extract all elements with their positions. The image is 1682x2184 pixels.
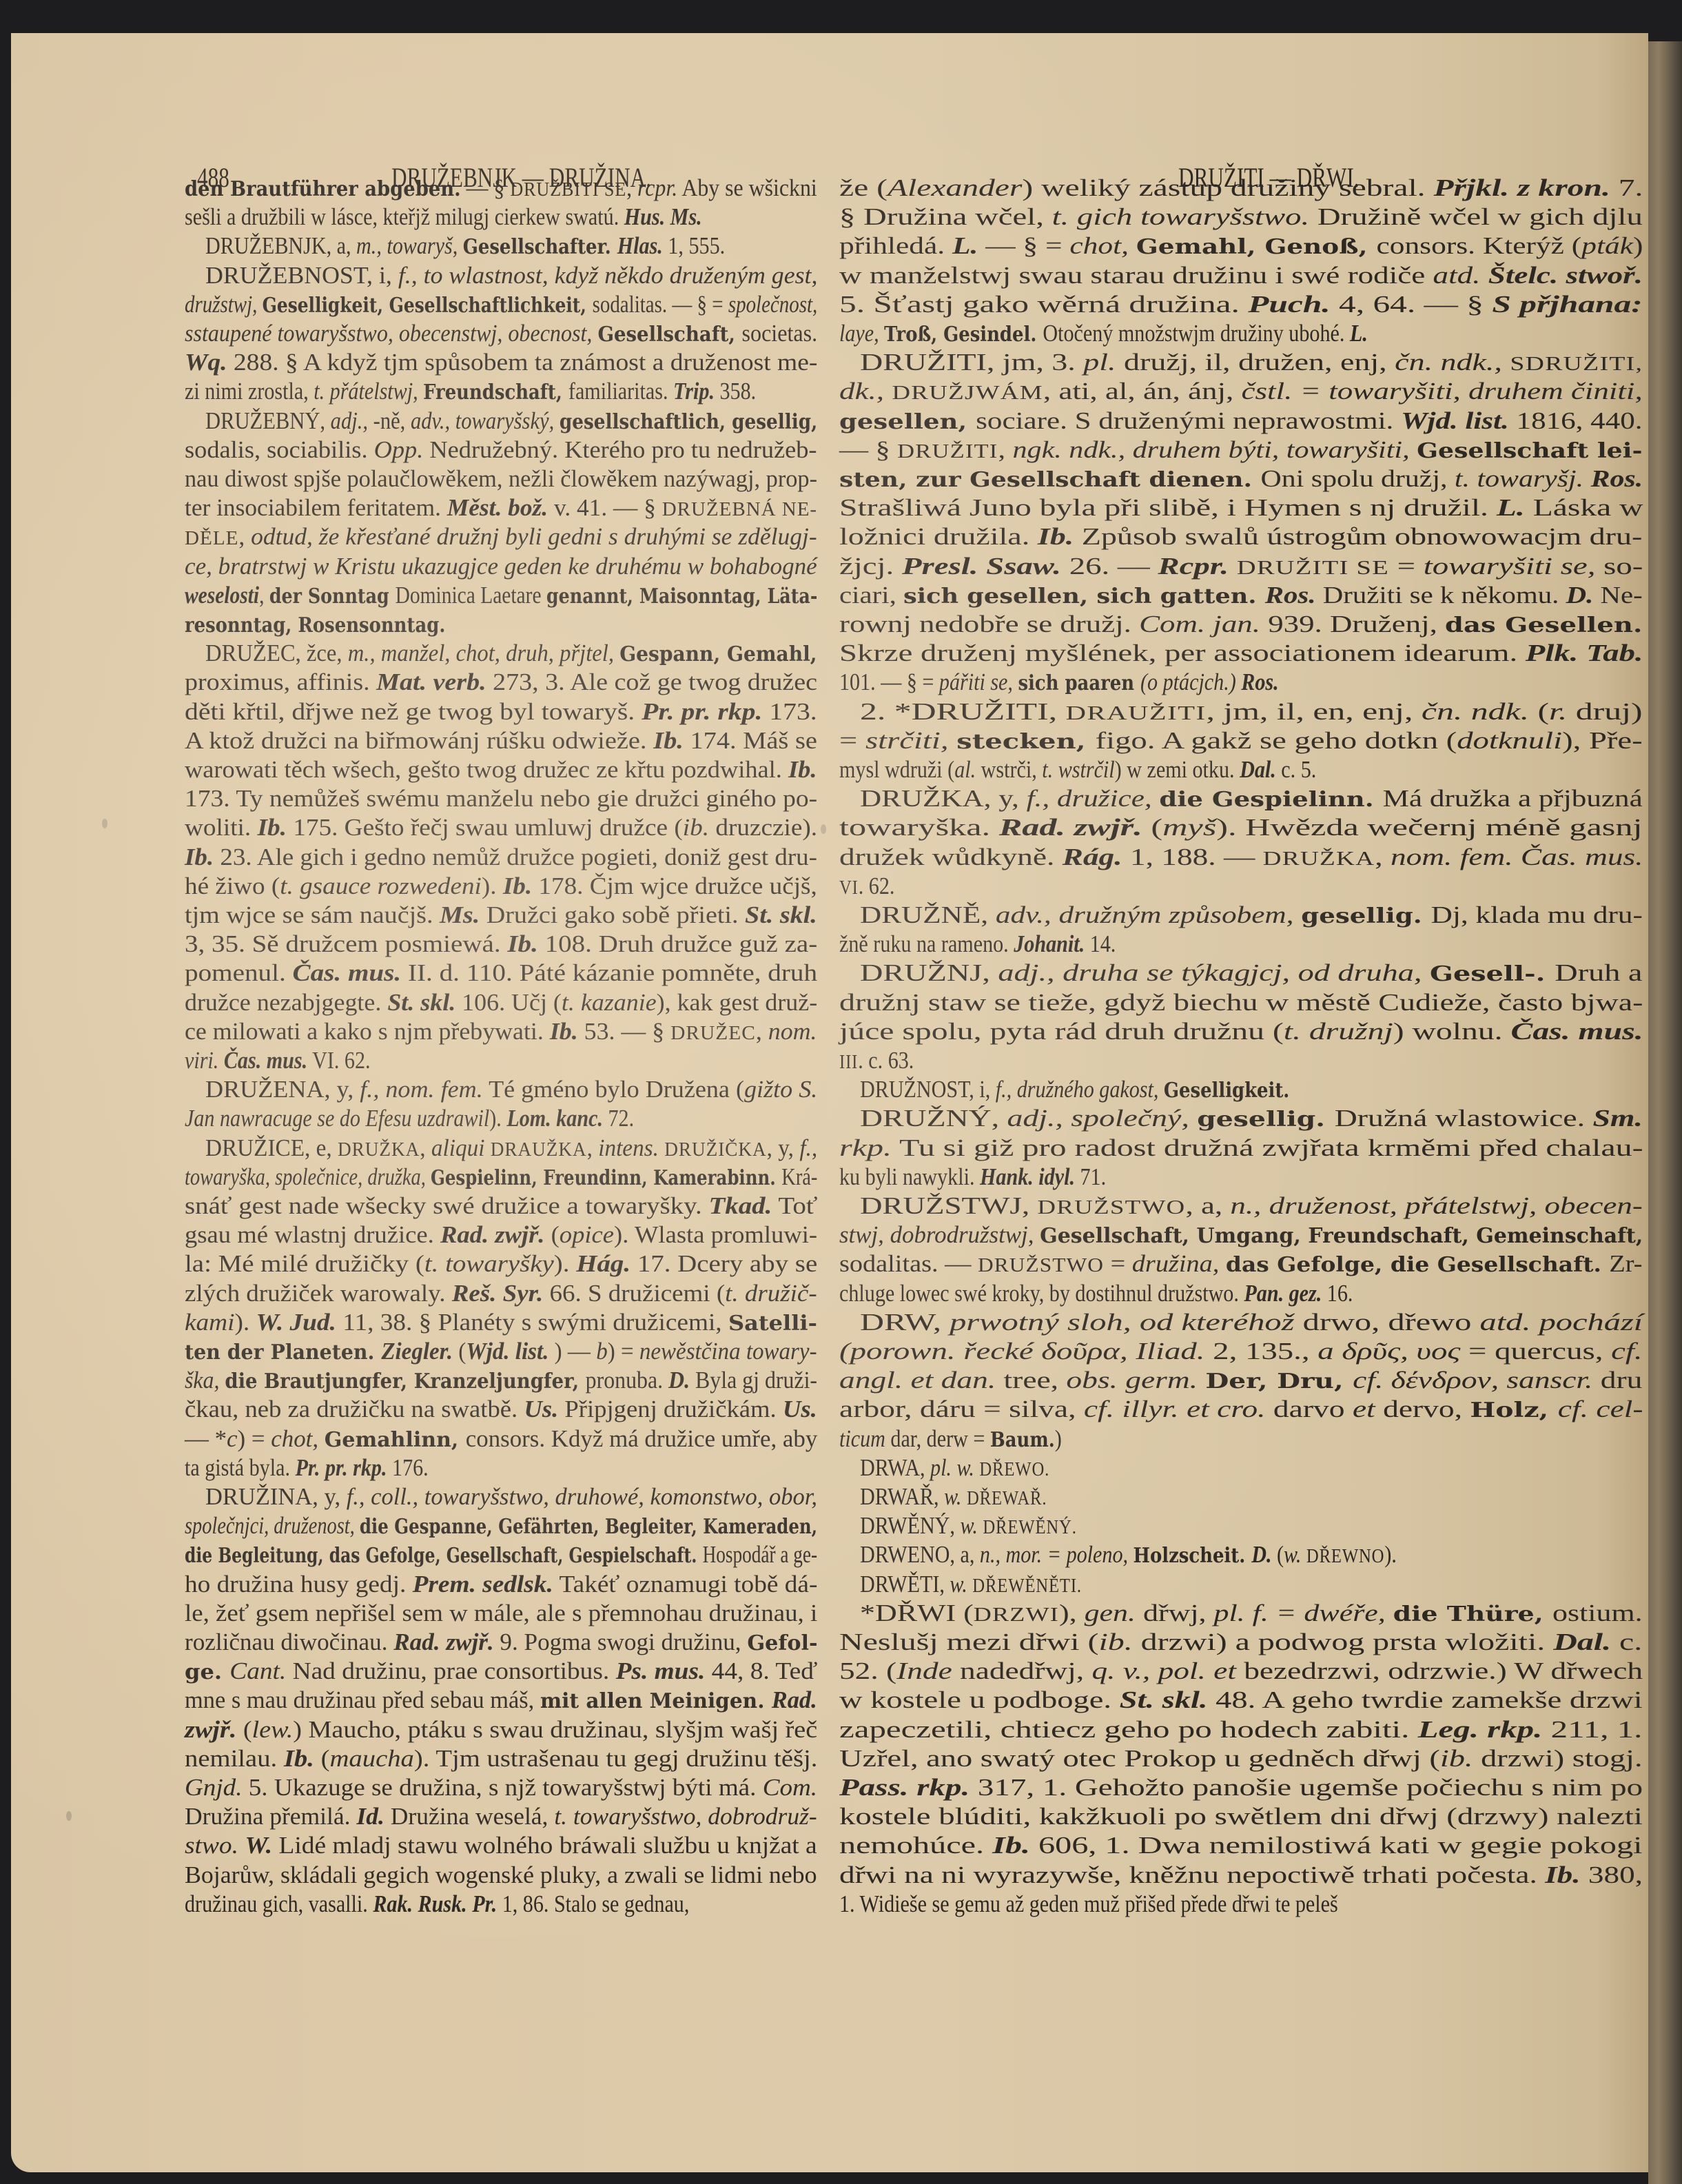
text-run: Ib.: [1545, 1861, 1580, 1888]
text-run: dotknuli: [1457, 727, 1562, 754]
text-run: 273, 3. Ale což ge twog družec: [486, 669, 817, 695]
text-run: Hank. idyl.: [980, 1163, 1075, 1190]
text-run: figo. A gakž se geho dotkn (: [1096, 727, 1457, 754]
dictionary-line: tjm wjce se sám naučjš. Ms. Družci gako …: [185, 901, 817, 930]
text-run: Družina weselá,: [384, 1803, 554, 1830]
text-run: dk.,: [839, 378, 892, 405]
dictionary-line: laye, Troß, Gesindel. Otočený množstwjm …: [839, 319, 1368, 348]
text-run: 14.: [1085, 930, 1116, 957]
text-run: t. towaryšj.: [1455, 465, 1591, 492]
text-run: (: [1271, 1541, 1284, 1568]
dictionary-entry-headline: DRUŽITI, jm, 3. pl. družj, il, družen, e…: [860, 348, 1643, 377]
dictionary-entry-headline: DRUŽEBNÝ, adj., -ně, adv., towaryšský, g…: [205, 407, 817, 436]
text-run: ib.: [1098, 1629, 1132, 1655]
text-run: = quercus,: [1460, 1338, 1611, 1365]
text-run: die Thüre,: [1393, 1602, 1552, 1626]
text-run: Mat. verb.: [376, 669, 486, 695]
text-run: Gemahlinn,: [325, 1428, 466, 1452]
text-run: ): [1633, 232, 1643, 259]
text-run: Hág.: [576, 1250, 630, 1277]
text-run: 48. A geho twrdie zamekše drzwi: [1208, 1686, 1643, 1713]
text-run: newěstčina towary-: [639, 1338, 817, 1365]
text-run: viri.: [185, 1047, 224, 1074]
book-page: 488 DRUŽEBNJK — DRUŽINA. DRUŽITI — DŘWI.…: [11, 33, 1648, 2172]
paper-speck: [102, 819, 107, 828]
text-run: cf. cel-: [1558, 1396, 1643, 1422]
dictionary-line: ce, bratrstwj w Kristu ukazugjce geden k…: [185, 552, 817, 581]
text-run: ložnici družila.: [839, 523, 1038, 550]
text-run: DRWA,: [860, 1454, 930, 1481]
text-run: nemilau.: [185, 1745, 284, 1772]
text-run: Aby se wšickni: [677, 174, 817, 201]
text-run: stwj, dobrodružstwj,: [839, 1221, 1040, 1248]
text-run: Družci gako sobě přieti.: [480, 901, 745, 928]
text-run: St. skl.: [745, 901, 817, 928]
text-run: prwotný sloh, od kteréhož: [950, 1309, 1294, 1336]
text-run: ge.: [185, 1660, 229, 1684]
dictionary-line: woliti. Ib. 175. Gešto řečj swau umluwj …: [185, 813, 817, 842]
text-run: adj.,: [331, 407, 373, 434]
text-run: L.: [952, 232, 978, 259]
dictionary-line: čkau, neb za družičku na swatbě. Us. Při…: [185, 1395, 817, 1424]
text-run: warowati těch wšech, gešto twog družec z…: [185, 756, 788, 783]
dictionary-line: le, žeť gsem nepřišel sem w mále, ale s …: [185, 1599, 817, 1628]
dictionary-line: Uzřel, ano swatý otec Prokop u gedněch d…: [839, 1744, 1643, 1773]
text-run: 178. Čjm wjce družce učjš,: [532, 872, 817, 899]
dictionary-line: zwjř. (lew.) Maucho, ptáku s swau družin…: [185, 1715, 817, 1744]
text-run: Sm.: [1592, 1105, 1642, 1132]
text-run: DRUŽBITI SE: [510, 178, 626, 201]
dictionary-line: w kostele u podboge. St. skl. 48. A geho…: [839, 1686, 1643, 1715]
text-run: gesellschaftlich, gesellig,: [560, 410, 817, 434]
text-run: odtud, že křesťané družnj byli gedni s d…: [251, 523, 817, 550]
text-run: ).: [489, 1105, 506, 1132]
text-run: Ib.: [653, 727, 684, 754]
text-run: a δρῦς, υος: [1317, 1338, 1460, 1365]
dictionary-line: VI. 62.: [839, 872, 894, 901]
text-run: v. 41. — §: [548, 494, 662, 521]
text-run: ,: [998, 436, 1012, 463]
dictionary-entry-headline: DRUŽKA, y, f., družice, die Gespielinn. …: [860, 784, 1643, 813]
text-run: Rcpr.: [1158, 553, 1229, 580]
text-run: die Gespielinn.: [1159, 788, 1382, 812]
text-run: zlých družiček warowaly.: [185, 1280, 452, 1307]
dictionary-line: Skrze druženj myšlének, per associatione…: [839, 639, 1643, 668]
dictionary-line: zi nimi zrostla, t. přátelstwj, Freundsc…: [185, 377, 756, 406]
text-run: Trip.: [673, 378, 715, 405]
text-run: Ib.: [507, 930, 537, 957]
text-run: Nedružebný. Kterého pro tu nedružeb-: [423, 436, 817, 463]
dictionary-entry-headline: DRUŽNJ, adj., druha se týkagjcj, od druh…: [860, 959, 1642, 988]
text-run: DRUŽIČKA: [664, 1139, 766, 1161]
text-run: f., družice,: [1027, 785, 1160, 812]
text-run: Hospodář a ge-: [703, 1541, 817, 1568]
text-run: družce nezabjgegte.: [185, 989, 387, 1016]
dictionary-line: družstwj, Geselligkeit, Gesellschaftlich…: [185, 290, 817, 319]
text-run: 11, 38. § Planéty s swými družicemi,: [336, 1309, 728, 1336]
dictionary-line: nemohúce. Ib. 606, 1. Dwa nemilostiwá ka…: [839, 1831, 1643, 1860]
text-run: mit allen Meinigen.: [540, 1689, 772, 1713]
text-run: L.: [1497, 494, 1525, 521]
text-run: 2, 135.,: [1204, 1338, 1317, 1365]
text-run: laye,: [839, 320, 884, 347]
text-run: genannt, Maisonntag, Läta-: [546, 584, 817, 609]
dictionary-entry-headline: DRUŽICE, e, DRUŽKA, aliqui DRAUŽKA, inte…: [205, 1134, 817, 1163]
text-run: dřwi na ni wyrazywše, kněžnu nepoctiwě t…: [839, 1861, 1545, 1888]
text-run: den Brautführer abgeben.: [185, 177, 461, 201]
text-run: resonntag, Rosensonntag.: [185, 613, 445, 637]
text-run: t. kazanie: [562, 989, 657, 1016]
text-run: cf. δένδρον, sanscr.: [1353, 1367, 1592, 1394]
text-run: (porown. řecké δοῦρα, Iliad.: [839, 1338, 1204, 1365]
dictionary-line: Pass. rkp. 317, 1. Gehožto panošie ugemš…: [839, 1773, 1643, 1802]
text-run: towaryška.: [839, 814, 999, 841]
dictionary-line: Jan nawracuge se do Efesu uzdrawil). Lom…: [185, 1104, 634, 1133]
text-run: w.: [1284, 1541, 1306, 1568]
dictionary-entry-headline: DRWĚNÝ, w. DŘEWĚNÝ.: [860, 1511, 1077, 1540]
text-run: Gespielinn, Freundinn, Kamerabinn.: [431, 1166, 781, 1190]
text-run: sich paaren: [1018, 671, 1140, 695]
text-run: DRWĚNÝ,: [860, 1512, 960, 1539]
text-run: al.: [954, 756, 976, 783]
text-run: proximus, affinis.: [185, 669, 376, 695]
text-run: ).: [234, 1309, 256, 1336]
text-run: 173. Ty nemůžeš swému manželu nebo gie d…: [185, 785, 817, 812]
text-run: 1, 555.: [663, 232, 725, 259]
text-run: ) weliký zástup družiny sebral.: [1022, 174, 1433, 201]
text-run: arbor, dáru = silva,: [839, 1396, 1084, 1422]
dictionary-line: júce spolu, pyta rád druh družnu (t. dru…: [839, 1017, 1643, 1046]
text-run: Rak. Rusk. Pr.: [373, 1890, 497, 1917]
text-run: ho družina husy gedj.: [185, 1571, 413, 1598]
text-run: Dominica Laetare: [396, 582, 546, 609]
text-run: (: [1142, 814, 1162, 841]
text-run: společnjci, druženost,: [185, 1512, 360, 1539]
text-run: t. gich towaryšstwo.: [1052, 203, 1310, 230]
text-run: ter insociabilem feritatem.: [185, 494, 447, 521]
dictionary-entry-headline: DRUŽENA, y, f., nom. fem. Té gméno bylo …: [205, 1075, 817, 1104]
text-run: D.: [1566, 582, 1594, 609]
text-run: cf.: [1611, 1338, 1642, 1365]
text-run: DRUŽNĚ,: [860, 901, 996, 928]
text-run: r.: [1549, 698, 1567, 725]
text-run: gesellig.: [1301, 904, 1430, 928]
text-run: f., coll., towaryšstwo, druhowé, komonst…: [347, 1483, 817, 1510]
text-run: -ně,: [373, 407, 411, 434]
text-run: Rad. zwjř.: [440, 1221, 545, 1248]
text-run: Gesellschaft, Umgang, Freundschaft, Geme…: [1040, 1224, 1643, 1248]
text-run: sstaupené towaryšstwo, obecenstwj, obecn…: [185, 320, 597, 347]
dictionary-entry-headline: DRUŽEBNJK, a, m., towaryš, Gesellschafte…: [205, 232, 725, 261]
dictionary-line: die Begleitung, das Gefolge, Gesellschaf…: [185, 1540, 817, 1569]
text-run: ,: [259, 582, 269, 609]
text-run: Hlas.: [617, 232, 663, 259]
text-run: ), Pře-: [1562, 727, 1643, 754]
text-run: 106. Učj (: [455, 989, 562, 1016]
dictionary-line: družnj staw se tieže, gdyž biechu w měst…: [839, 988, 1643, 1017]
text-run: 317, 1. Gehožto panošie ugemše počiechu …: [970, 1774, 1643, 1801]
dictionary-line: 52. (Inde nadedřwj, q. v., pol. et bezed…: [839, 1657, 1643, 1686]
text-run: ška,: [185, 1367, 225, 1394]
text-run: =: [839, 727, 865, 754]
dictionary-line: sodalis, sociabilis. Opp. Nedružebný. Kt…: [185, 436, 817, 465]
text-run: III: [839, 1051, 858, 1073]
text-run: zi nimi zrostla,: [185, 378, 314, 405]
text-run: Ib.: [503, 872, 532, 899]
text-run: Id.: [356, 1803, 384, 1830]
text-run: 1, 86. Stalo se gednau,: [497, 1890, 689, 1917]
dictionary-line: hé žiwo (t. gsauce rozwedeni). Ib. 178. …: [185, 872, 817, 901]
text-run: snáť gest nade wšecky swé družice a towa…: [185, 1192, 708, 1219]
text-run: die Brautjungfer, Kranzeljungfer,: [225, 1369, 585, 1394]
dictionary-line: sešli a družbili w lásce, kteřjž milugj …: [185, 203, 702, 232]
text-run: A ktož družci na biřmowánj rúšku odwieže…: [185, 727, 653, 754]
dictionary-line: — § DRUŽITI, ngk. ndk., druhem býti, tow…: [839, 436, 1642, 465]
text-run: družj, il, družen, enj,: [1116, 349, 1395, 376]
dictionary-line: ho družina husy gedj. Prem. sedlsk. Také…: [185, 1570, 817, 1599]
dictionary-line: kostele blúditi, kakžkuoli po swětlem dn…: [839, 1802, 1643, 1831]
text-run: w.: [960, 1512, 983, 1539]
text-run: Gemahl, Genoß,: [1136, 235, 1377, 259]
text-run: ). Wlasta promluwi-: [614, 1221, 817, 1248]
dictionary-entry-headline: DRUŽNĚ, adv., družným způsobem, gesellig…: [860, 901, 1643, 930]
dictionary-line: 5. Šťastj gako wěrná družina. Puch. 4, 6…: [839, 290, 1643, 319]
text-run: pl. w.: [930, 1454, 979, 1481]
text-run: towaryška, společnice, družka,: [185, 1163, 431, 1190]
dictionary-line: ta gistá byla. Pr. pr. rkp. 176.: [185, 1453, 429, 1482]
text-run: ) —: [548, 1338, 596, 1365]
dictionary-line: w manželstwj swau starau družinu i swé r…: [839, 261, 1643, 290]
dictionary-line: Wq. 288. § A když tjm spůsobem ta známos…: [185, 348, 817, 377]
text-run: chot,: [271, 1425, 325, 1452]
text-run: Láska w: [1525, 494, 1643, 521]
text-run: 211, 1.: [1542, 1716, 1642, 1743]
text-run: [1480, 262, 1488, 289]
text-run: společnost,: [728, 291, 817, 318]
text-run: w.: [944, 1483, 967, 1510]
text-run: sociare. S druženými neprawostmi.: [976, 407, 1401, 434]
dictionary-line: družce nezabjgegte. St. skl. 106. Učj (t…: [185, 988, 817, 1017]
dictionary-line: ge. Cant. Nad družinu, prae consortibus.…: [185, 1657, 817, 1686]
text-run: familiaritas.: [568, 378, 673, 405]
text-run: Té gméno bylo Družena (: [483, 1076, 744, 1103]
text-run: sešli a družbili w lásce, kteřjž milugj …: [185, 203, 624, 230]
text-run: Holz,: [1470, 1398, 1557, 1422]
dictionary-line: den Brautführer abgeben. — § DRUŽBITI SE…: [185, 174, 817, 203]
text-run: stwo.: [185, 1832, 245, 1859]
text-run: 2. *DRUŽITI,: [860, 698, 1066, 725]
text-run: Geselligkeit.: [1164, 1079, 1289, 1103]
text-run: Bojarůw, skládali gegich wogenské pluky,…: [185, 1861, 817, 1888]
text-run: ): [1055, 1425, 1062, 1452]
text-run: 17. Dcery aby se: [630, 1250, 817, 1277]
text-run: societas.: [742, 320, 818, 347]
text-run: [1229, 553, 1237, 580]
text-run: t. družnj: [1284, 1018, 1393, 1045]
text-run: drzwi) a podwog prsta wložiti.: [1133, 1629, 1554, 1655]
dictionary-line: že (Alexander) weliký zástup družiny seb…: [839, 174, 1643, 203]
text-run: myš: [1162, 814, 1216, 841]
dictionary-line: Gnjd. 5. Ukazuge se družina, s njž towar…: [185, 1773, 817, 1802]
text-run: sodalitas. — § =: [593, 291, 728, 318]
text-run: DŘEWĚNĚTI.: [972, 1575, 1082, 1597]
text-run: 101. — § =: [839, 669, 939, 695]
text-run: — § =: [978, 232, 1069, 259]
dictionary-line: Bojarůw, skládali gegich wogenské pluky,…: [185, 1861, 817, 1890]
text-run: ,: [587, 1134, 599, 1161]
text-run: Družině wčel w gich djlu: [1309, 203, 1643, 230]
text-run: Opp.: [374, 436, 424, 463]
text-run: die Begleitung, das Gefolge, Gesellschaf…: [185, 1544, 703, 1568]
text-run: DRUŽEBNOST, i,: [205, 262, 398, 289]
text-run: Otočený množstwjm družiny ubohé.: [1043, 320, 1350, 347]
text-run: DRUŽSTWO: [1037, 1196, 1185, 1218]
text-run: Toť: [772, 1192, 817, 1219]
text-run: W. Jud.: [256, 1309, 336, 1336]
text-run: ) =: [608, 1338, 639, 1365]
text-run: 1816, 440.: [1509, 407, 1643, 434]
text-run: nom. fem. Čas. mus.: [1391, 844, 1643, 870]
text-run: D.: [668, 1367, 690, 1394]
text-run: ,: [626, 174, 637, 201]
dictionary-line: mne s mau družinau před sebau máš, mit a…: [185, 1686, 817, 1715]
text-run: pářiti se,: [939, 669, 1018, 695]
text-run: pl.: [1083, 349, 1116, 376]
text-run: Neslušj mezi dřwi (: [839, 1629, 1098, 1655]
text-run: pomenul.: [185, 959, 293, 986]
text-run: consors. Když má družice umře, aby: [466, 1425, 817, 1452]
text-run: VI: [839, 877, 859, 899]
text-run: so-: [1595, 553, 1643, 580]
text-run: — §: [461, 174, 511, 201]
text-run: cf. illyr. et cro.: [1084, 1396, 1266, 1422]
text-run: Pass. rkp.: [839, 1774, 970, 1801]
text-run: ciari,: [839, 582, 903, 609]
text-run: 288. § A když tjm spůsobem ta známost a …: [227, 349, 818, 376]
text-run: Cant.: [229, 1657, 286, 1684]
text-run: , jm, il, en, enj,: [1206, 698, 1421, 725]
text-run: Lom. kanc.: [506, 1105, 603, 1132]
text-run: DRWAŘ,: [860, 1483, 944, 1510]
text-run: tree,: [996, 1367, 1066, 1394]
text-run: Připjgenj družičkám.: [558, 1396, 783, 1422]
page-edge-shadow: [1648, 41, 1682, 2184]
text-run: Der, Dru,: [1205, 1369, 1353, 1394]
text-run: DRUŽINA, y,: [205, 1483, 347, 1510]
text-run: Lidé mladj stawu wolného bráwali službu …: [272, 1832, 817, 1859]
text-run: (: [1529, 698, 1549, 725]
text-run: Takéť oznamugi tobě dá-: [553, 1571, 818, 1598]
text-run: f., družného gakost,: [996, 1076, 1164, 1103]
dictionary-line: Neslušj mezi dřwi (ib. drzwi) a podwog p…: [839, 1628, 1642, 1657]
text-run: Pr. pr. rkp.: [295, 1454, 387, 1481]
text-run: DRUŽNOST, i,: [860, 1076, 996, 1103]
text-run: Ziegler.: [381, 1338, 453, 1365]
text-run: Rad. zwjř.: [393, 1629, 493, 1655]
text-run: ),: [1059, 1600, 1085, 1626]
dictionary-line: Strašliwá Juno byla při slibě, i Hymen s…: [839, 493, 1643, 522]
text-run: Johanit.: [1014, 930, 1085, 957]
dictionary-line: III. c. 63.: [839, 1046, 914, 1075]
text-run: ) =: [238, 1425, 271, 1452]
dictionary-line: pomenul. Čas. mus. II. d. 110. Páté káza…: [185, 959, 817, 988]
dictionary-line: sodalitas. — DRUŽSTWO = družina, das Gef…: [839, 1249, 1643, 1278]
text-run: ). Hwězda wečernj méně gasnj: [1216, 814, 1642, 841]
dictionary-line: gesellen, sociare. S druženými neprawost…: [839, 407, 1643, 436]
text-run: 939. Druženj,: [1260, 611, 1445, 637]
dictionary-line: weselosti, der Sonntag Dominica Laetare …: [185, 581, 817, 610]
dictionary-line: Ib. 23. Ale gich i gedno nemůž družce po…: [185, 843, 817, 872]
text-run: w kostele u podboge.: [839, 1686, 1120, 1713]
dictionary-line: A ktož družci na biřmowánj rúšku odwieže…: [185, 726, 817, 755]
text-run: ta gistá byla.: [185, 1454, 295, 1481]
text-run: das Gesellen.: [1445, 613, 1642, 637]
dictionary-line: angl. et dan. tree, obs. germ. Der, Dru,…: [839, 1366, 1642, 1395]
dictionary-line: ter insociabilem feritatem. Měst. bož. v…: [185, 493, 817, 522]
text-run: ,: [756, 1018, 768, 1045]
text-run: adv., towaryšský,: [411, 407, 560, 434]
text-run: t. gsauce rozwedeni: [280, 872, 482, 899]
text-run: ).: [482, 872, 503, 899]
text-run: Troß, Gesindel.: [884, 323, 1043, 347]
text-run: přihledá.: [839, 232, 952, 259]
text-run: 52. (: [839, 1657, 896, 1684]
text-run: Gesellschaft,: [597, 323, 741, 347]
text-run: t. přátelstwj,: [314, 378, 423, 405]
text-run: ) w zemi otku.: [1115, 756, 1240, 783]
text-run: družinau gich, vasalli.: [185, 1890, 373, 1917]
text-run: strčiti,: [865, 727, 956, 754]
text-run: , a,: [1185, 1192, 1230, 1219]
text-run: DRUŽJWÁM: [892, 382, 1043, 404]
text-run: chot,: [1069, 232, 1136, 259]
text-run: Čas. mus.: [1511, 1018, 1643, 1045]
dictionary-line: rownj nedobře se družj. Com. jan. 939. D…: [839, 610, 1642, 639]
text-run: Com. jan.: [1139, 611, 1260, 637]
dictionary-line: towaryška, společnice, družka, Gespielin…: [185, 1163, 817, 1192]
text-run: ce milowati a kako s njm přebywati.: [185, 1018, 550, 1045]
text-run: 108. Druh družce guž za-: [538, 930, 817, 957]
text-run: adj., druha se týkagjcj, od druha,: [998, 959, 1430, 986]
dictionary-line: resonntag, Rosensonntag.: [185, 610, 445, 639]
text-run: (: [314, 1745, 330, 1772]
dictionary-line: snáť gest nade wšecky swé družice a towa…: [185, 1192, 817, 1221]
text-run: pronuba.: [586, 1367, 668, 1394]
dictionary-entry-headline: DRWENO, a, n., mor. = poleno, Holzscheit…: [860, 1540, 1397, 1569]
text-run: mne s mau družinau před sebau máš,: [185, 1686, 540, 1713]
text-run: Com.: [763, 1774, 817, 1801]
text-run: c: [227, 1425, 237, 1452]
text-run: § Družina wčel,: [839, 203, 1052, 230]
text-run: stecken,: [956, 730, 1095, 754]
text-run: Oni spolu družj,: [1261, 465, 1455, 492]
text-run: 66. S družicemi (: [543, 1280, 725, 1307]
text-run: adj., společný,: [1007, 1105, 1198, 1132]
dictionary-line: rkp. Tu si giž pro radost družná zwjřata…: [839, 1134, 1643, 1163]
text-run: St. skl.: [387, 989, 455, 1016]
text-run: ku byli nawykli.: [839, 1163, 980, 1190]
text-run: Wjd. list.: [1401, 407, 1509, 434]
text-run: t. towaryšky: [424, 1250, 554, 1277]
text-run: St. skl.: [1120, 1686, 1208, 1713]
text-run: DRUŽKA: [1263, 848, 1375, 870]
text-run: Družná wlastowice.: [1335, 1105, 1593, 1132]
text-run: družek wůdkyně.: [839, 844, 1063, 870]
text-run: consors. Kterýž (: [1376, 232, 1581, 259]
dictionary-line: 173. Ty nemůžeš swému manželu nebo gie d…: [185, 784, 817, 813]
dictionary-line: nemilau. Ib. (maucha). Tjm ustrašenau tu…: [185, 1744, 817, 1773]
text-run: 358.: [715, 378, 756, 405]
